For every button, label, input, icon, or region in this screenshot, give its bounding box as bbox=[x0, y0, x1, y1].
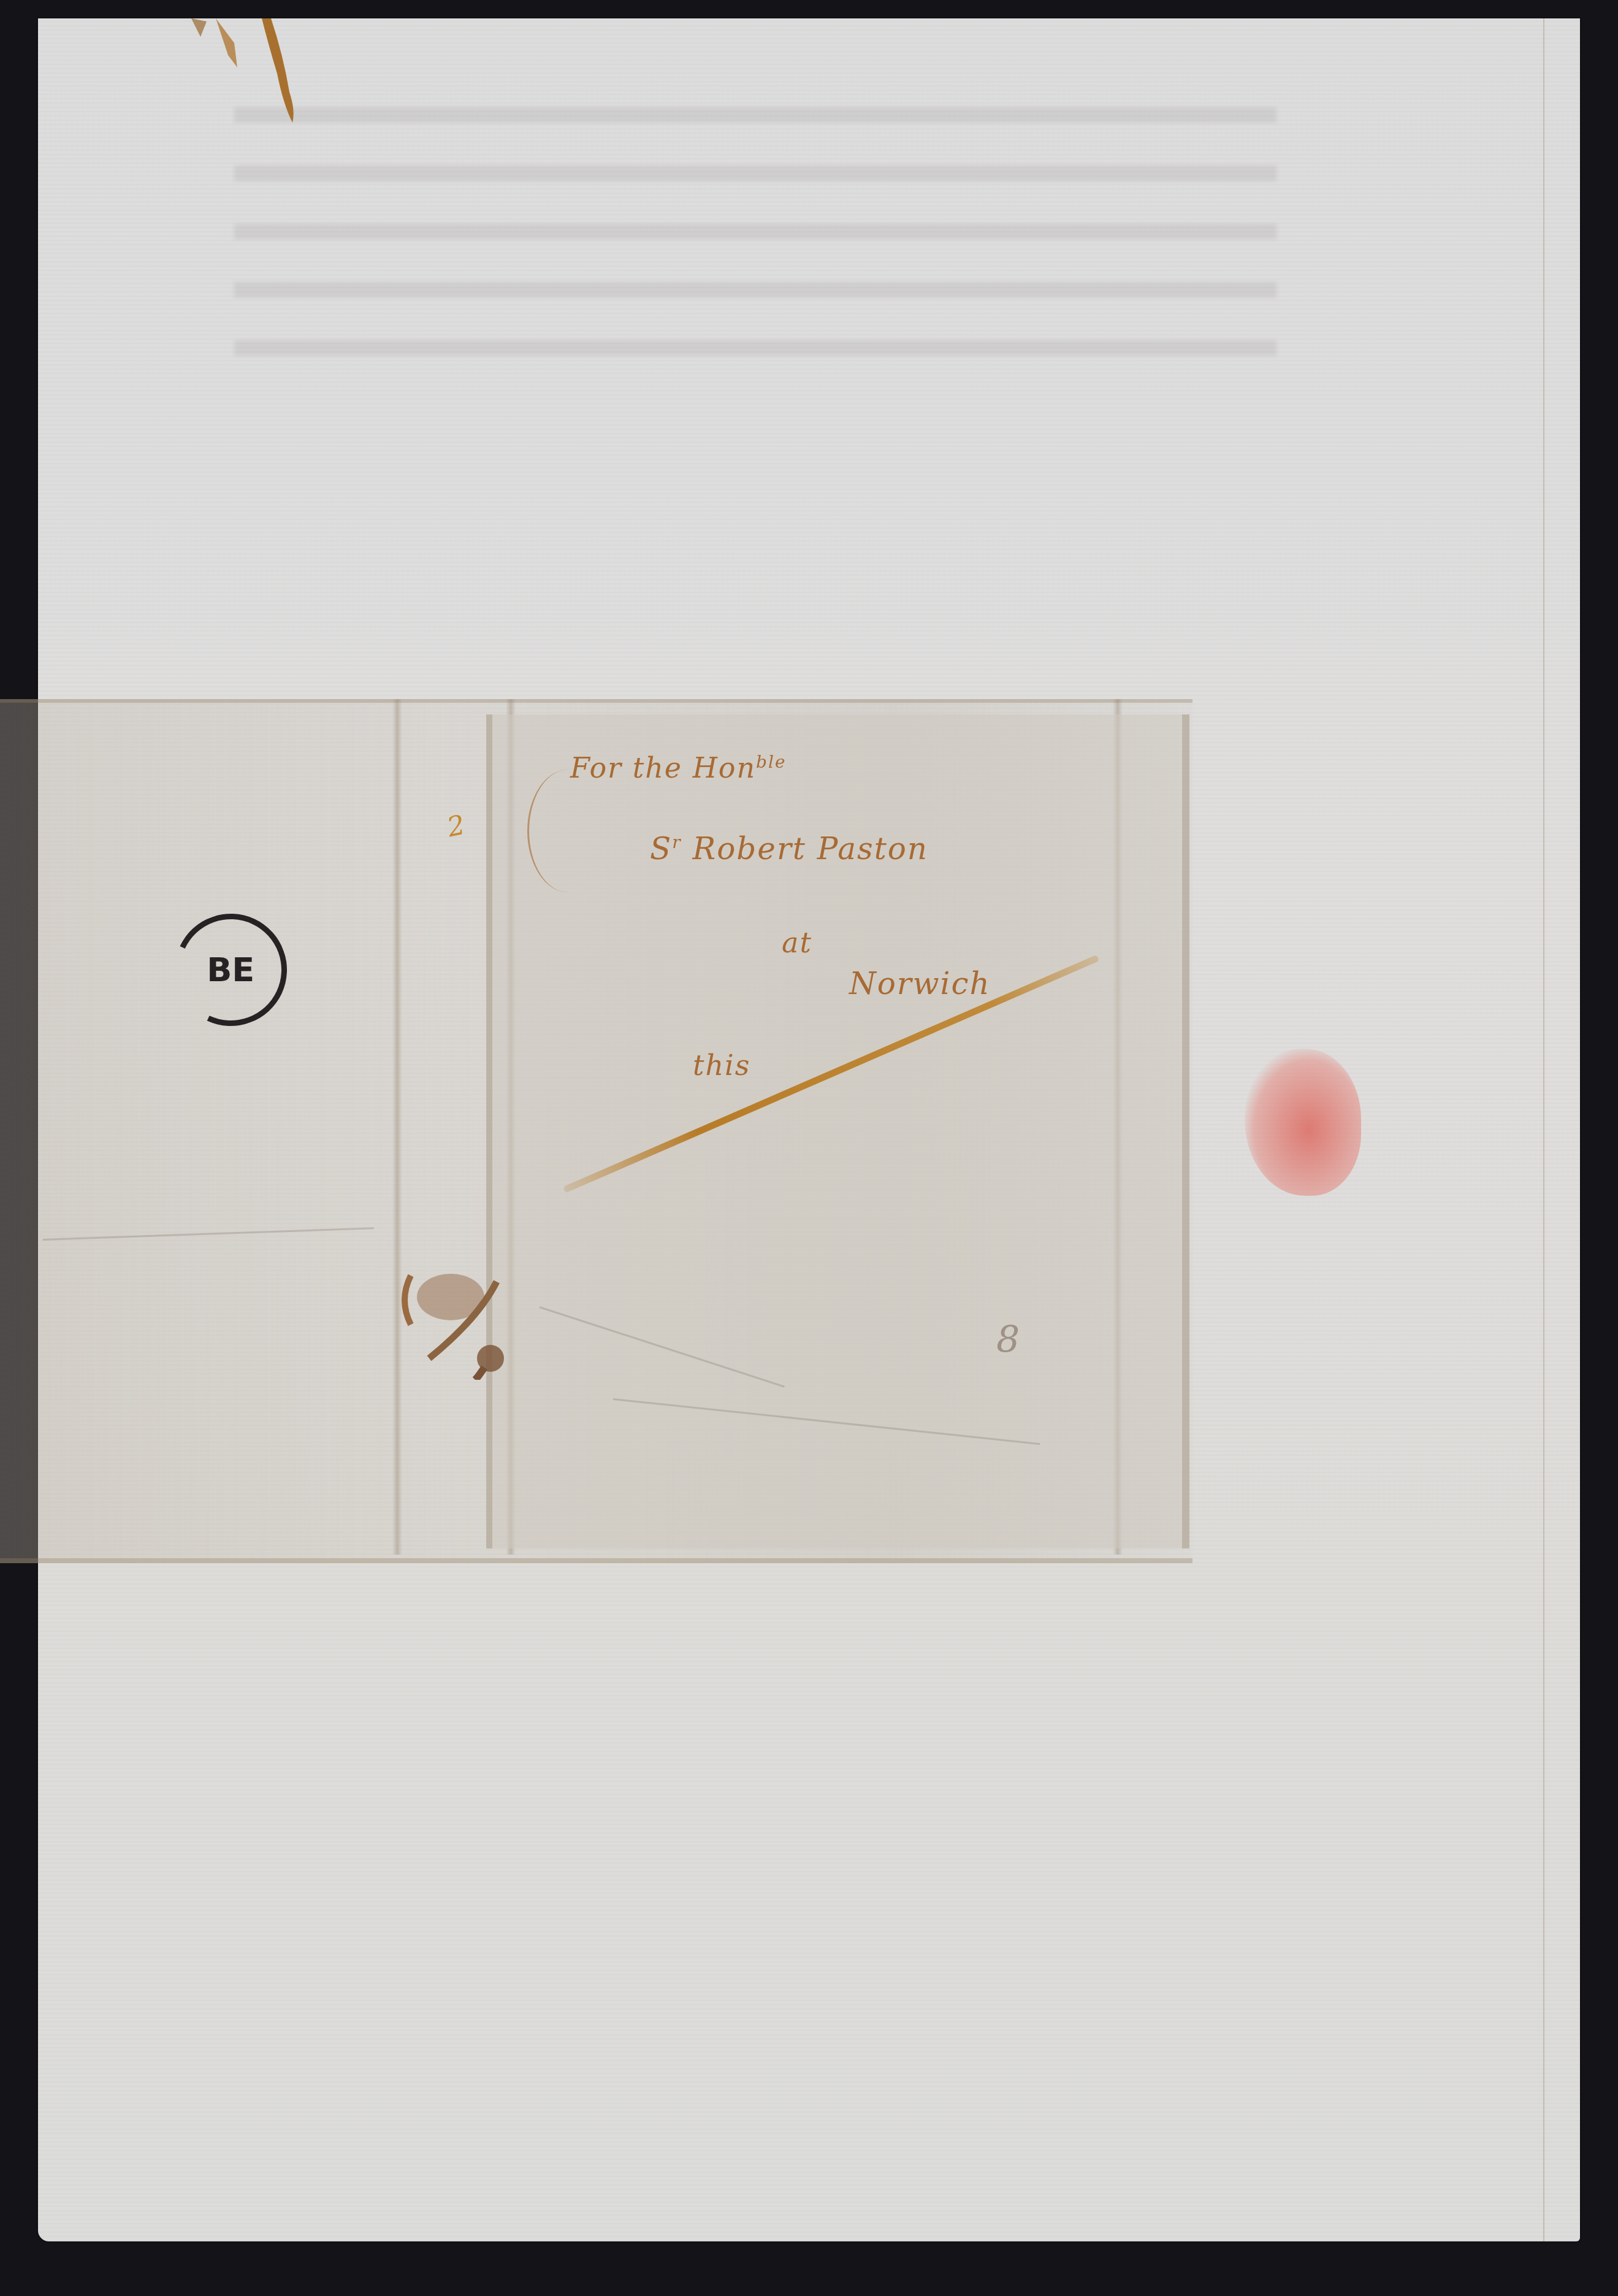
address-line-at: at bbox=[782, 926, 812, 959]
address-line-recipient-name: Sr Robert Paston bbox=[650, 831, 928, 867]
address-line-town: Norwich bbox=[849, 966, 991, 1001]
brown-postal-mark: 9 bbox=[392, 1251, 509, 1380]
postal-mark-glyph bbox=[392, 1251, 509, 1380]
ink-stain bbox=[191, 18, 375, 141]
sheet-edge-crease bbox=[1543, 18, 1544, 2241]
red-wax-seal-residue bbox=[1245, 1049, 1361, 1196]
pen-flourish bbox=[527, 770, 609, 892]
bleed-through-text bbox=[234, 86, 1276, 374]
pencil-annotation: 8 bbox=[996, 1318, 1020, 1361]
fold-line bbox=[392, 699, 402, 1555]
address-line-recipient-title: For the Honble bbox=[570, 751, 787, 784]
postmark-letters: BE bbox=[207, 954, 254, 987]
address-line-this: this bbox=[693, 1049, 750, 1082]
